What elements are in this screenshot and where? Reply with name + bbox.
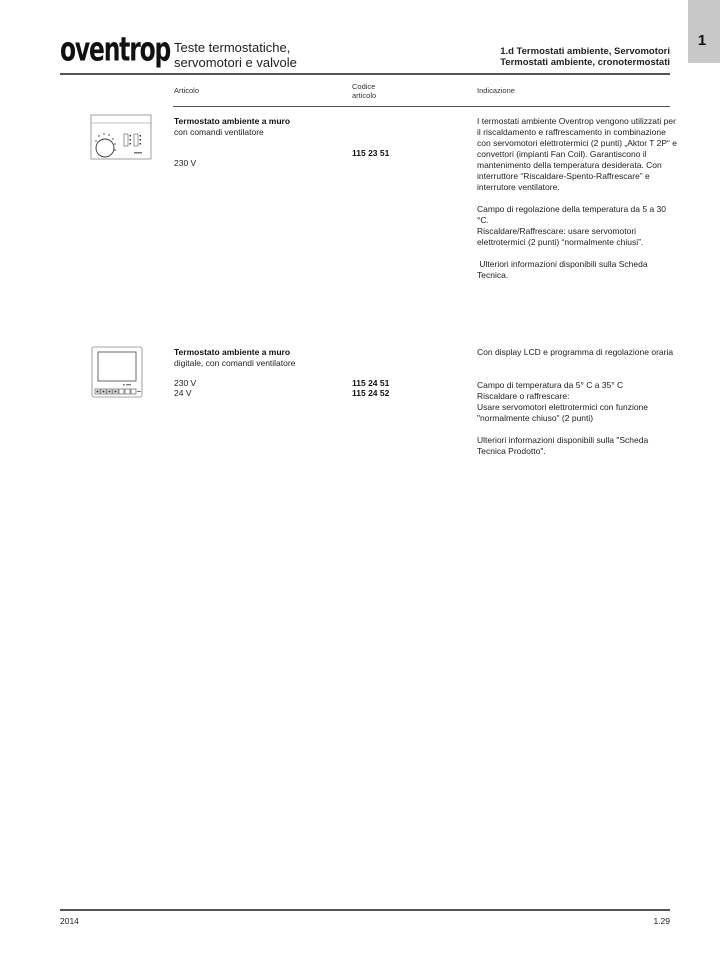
- product-name-bold: Termostato ambiente a muro: [174, 116, 290, 126]
- section-heading: 1.d Termostati ambiente, Servomotori Ter…: [500, 46, 670, 68]
- chapter-tab: 1: [688, 0, 720, 63]
- page-title-line1: Teste termostatiche,: [174, 40, 297, 55]
- description-paragraph: Con display LCD e programma di regolazio…: [477, 347, 677, 358]
- footer-divider: [60, 909, 670, 911]
- column-header-articolo: Articolo: [174, 86, 199, 95]
- description-paragraph: Ulteriori informazioni disponibili sulla…: [477, 259, 677, 281]
- description-paragraph: Campo di temperatura da 5° C a 35° C: [477, 380, 677, 391]
- product-voltage: 24 V: [174, 388, 192, 399]
- column-header-codice-line1: Codice: [352, 82, 376, 91]
- description-paragraph: I termostati ambiente Oventrop vengono u…: [477, 116, 677, 193]
- product-name: Termostato ambiente a muro con comandi v…: [174, 116, 290, 137]
- product-name-sub: con comandi ventilatore: [174, 127, 290, 138]
- page-number: 1.29: [653, 916, 670, 926]
- description-paragraph: Riscaldare/Raffrescare: usare servomotor…: [477, 226, 677, 248]
- column-header-codice-line2: articolo: [352, 91, 376, 100]
- description-paragraph: Campo di regolazione della temperatura d…: [477, 204, 677, 226]
- analog-wall-thermostat-icon: [90, 114, 152, 160]
- footer-year: 2014: [60, 916, 79, 926]
- header-divider: [60, 73, 670, 75]
- digital-lcd-thermostat-icon: [91, 346, 143, 398]
- section-heading-line1: 1.d Termostati ambiente, Servomotori: [500, 46, 670, 57]
- column-header-divider: [173, 106, 670, 107]
- page-title-line2: servomotori e valvole: [174, 55, 297, 70]
- product-code: 115 24 51: [352, 378, 389, 389]
- chapter-number: 1: [688, 32, 716, 49]
- product-name-bold: Termostato ambiente a muro: [174, 347, 290, 357]
- description-paragraph: Riscaldare o raffrescare:: [477, 391, 677, 402]
- product-description: Con display LCD e programma di regolazio…: [477, 347, 677, 457]
- oventrop-logo: oventrop: [60, 34, 170, 67]
- column-header-indicazione: Indicazione: [477, 86, 515, 95]
- column-header-codice: Codice articolo: [352, 82, 376, 100]
- product-code: 115 23 51: [352, 148, 389, 159]
- product-voltage: 230 V: [174, 158, 196, 169]
- description-paragraph: Usare servomotori elettrotermici con fun…: [477, 402, 677, 424]
- product-name: Termostato ambiente a muro digitale, con…: [174, 347, 295, 368]
- page-title: Teste termostatiche, servomotori e valvo…: [174, 40, 297, 70]
- description-paragraph: Ulteriori informazioni disponibili sulla…: [477, 435, 677, 457]
- product-voltage: 230 V: [174, 378, 196, 389]
- product-name-sub: digitale, con comandi ventilatore: [174, 358, 295, 369]
- product-description: I termostati ambiente Oventrop vengono u…: [477, 116, 677, 281]
- product-code: 115 24 52: [352, 388, 389, 399]
- section-heading-line2: Termostati ambiente, cronotermostati: [500, 57, 670, 68]
